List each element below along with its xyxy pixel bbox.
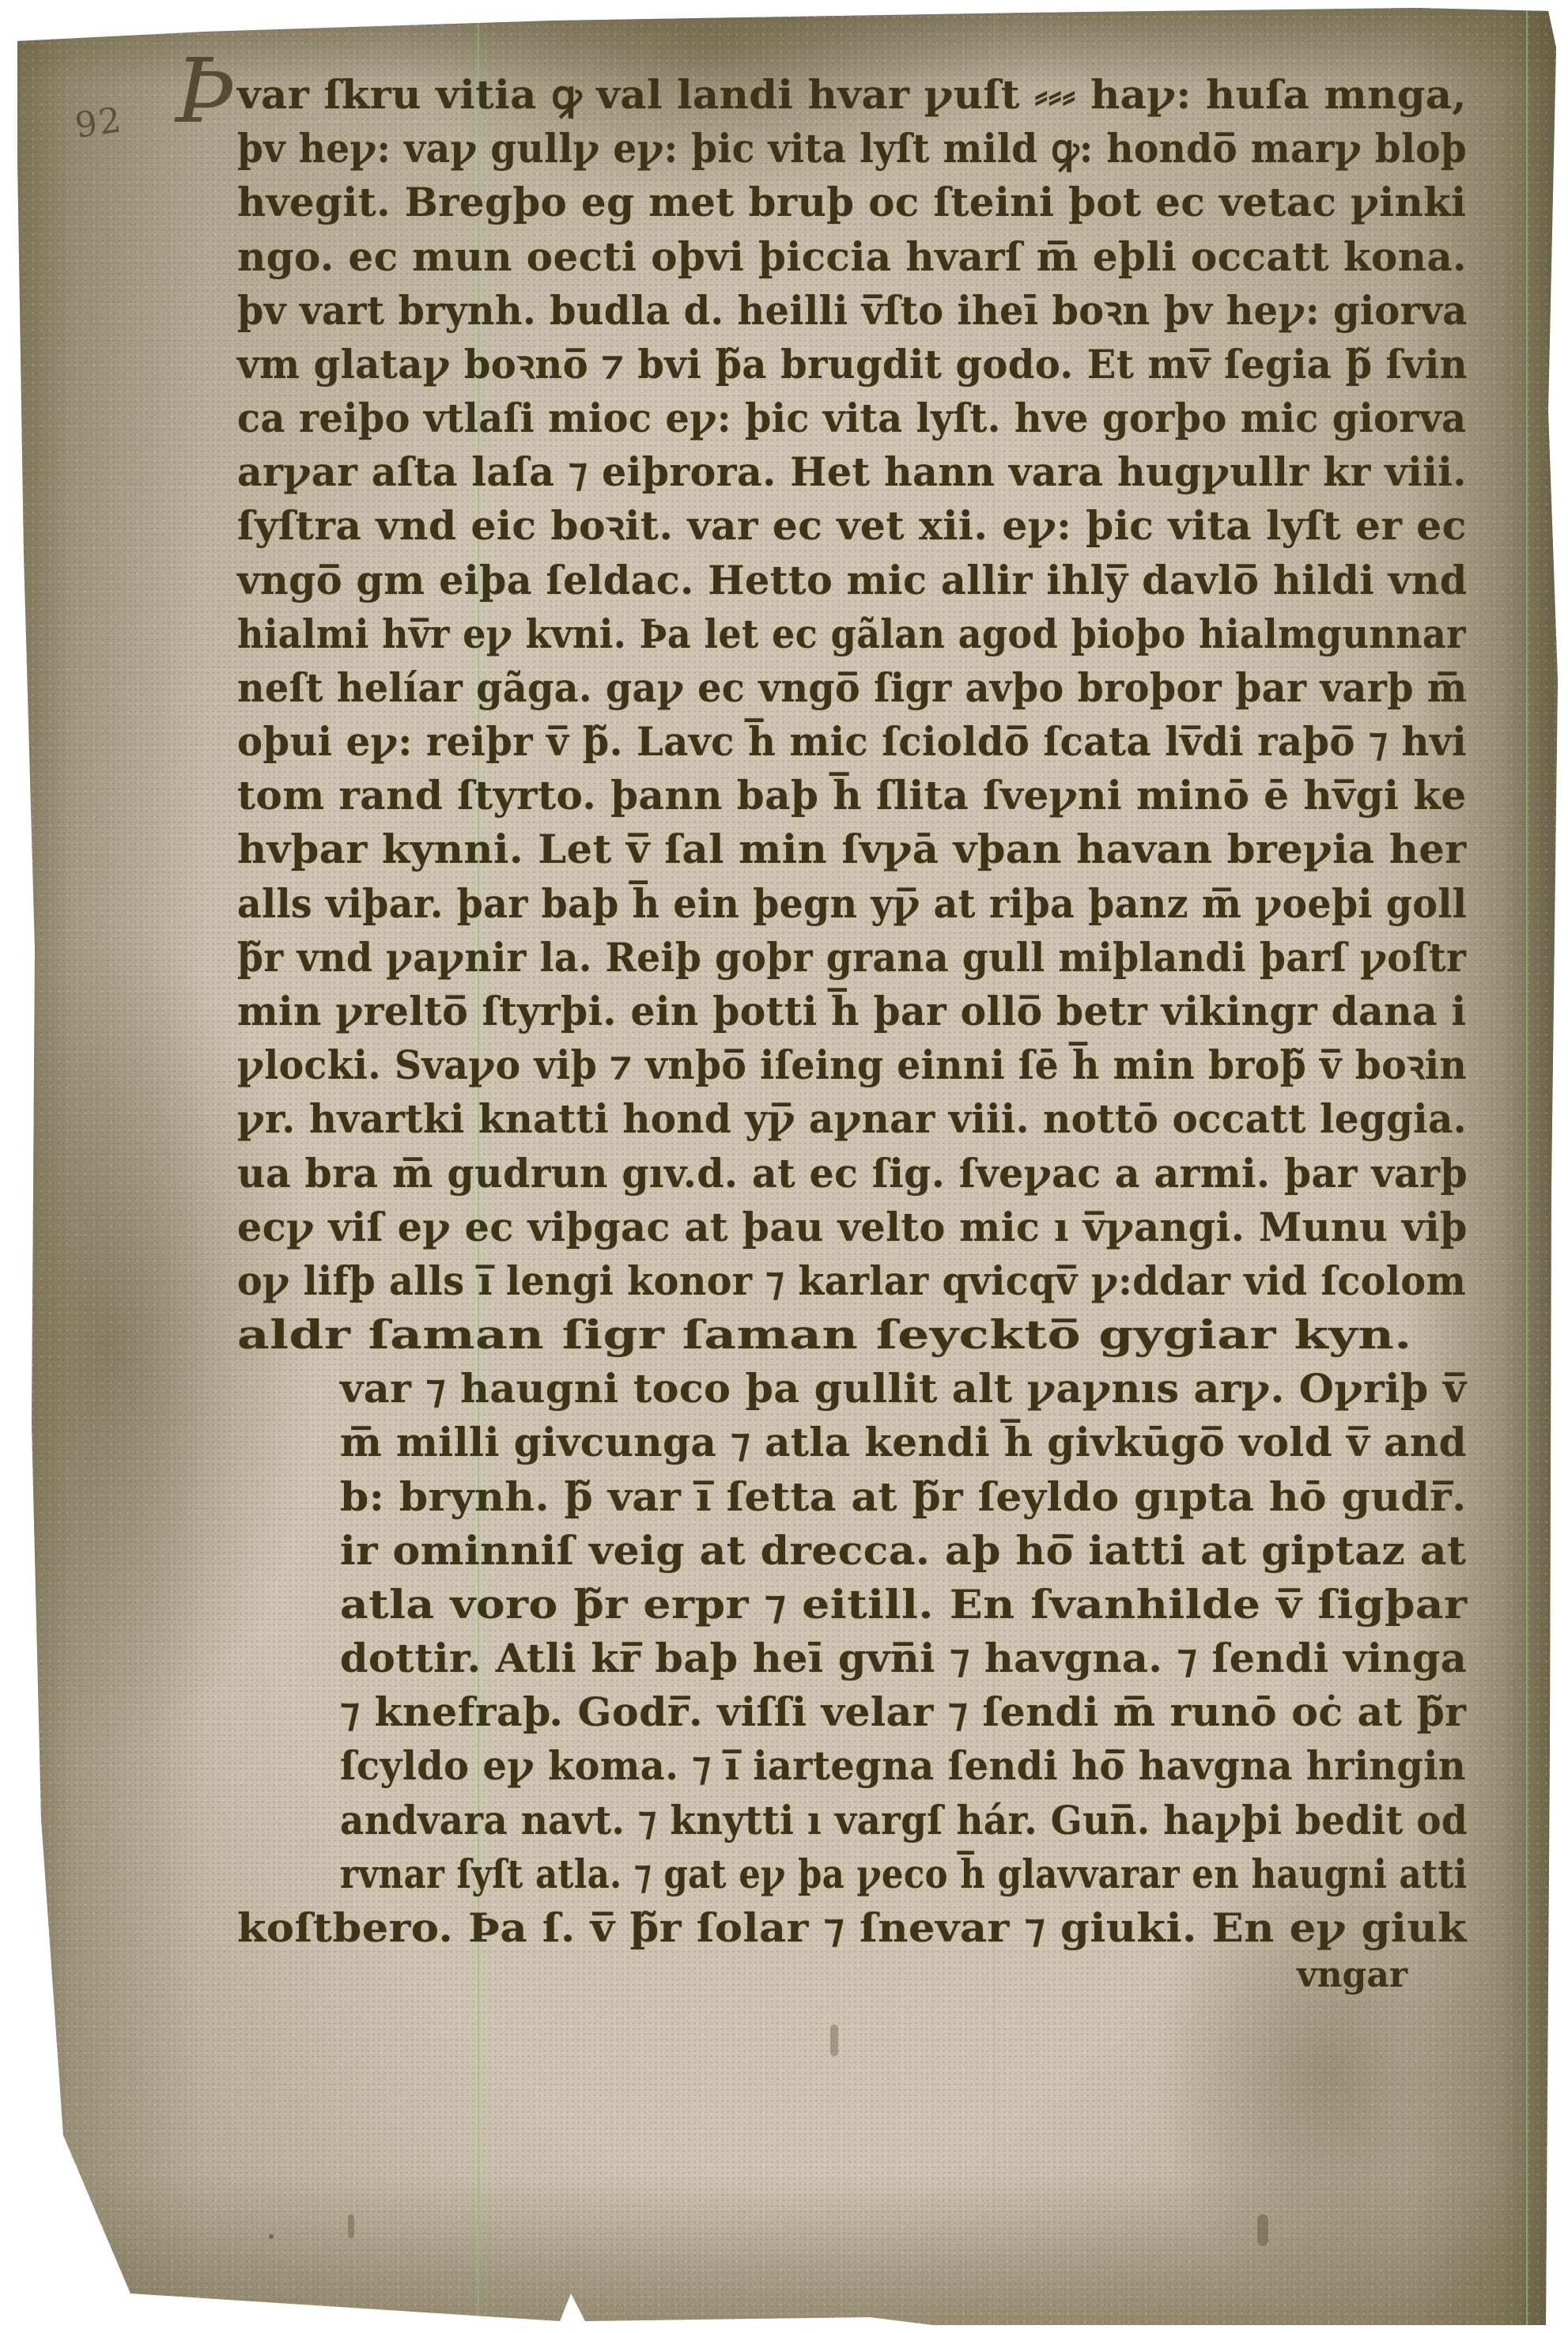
text-line: oþui eꝩ: reiþr v̅ þ̃. Lavc h̅ mic ſciold… xyxy=(237,720,1467,764)
text-line: vngo̅ gm eiþa ſeldac. Hetto mic allir ih… xyxy=(237,558,1468,603)
text-line: dottir. Atli kr̅ baþ heī gvn̅i ⁊ havgna.… xyxy=(340,1636,1467,1681)
text-line: rvnar ſyſt atla. ⁊ gat eꝩ þa ꝩeco h̅ gla… xyxy=(340,1852,1468,1896)
text-line: oꝩ lifþ alls ı̅ lengi konor ⁊ karlar qvi… xyxy=(237,1259,1466,1303)
text-line: var ſkru vitia ꝙ val landi hvar ꝩuſt ⸗⸗⸗… xyxy=(237,73,1467,117)
text-line: alls viþar. þar baþ h̅ ein þegn yꝩ̅ at r… xyxy=(237,882,1467,926)
text-line: m̅ milli givcunga ⁊ atla kendi h̅ givkūg… xyxy=(340,1420,1467,1465)
text-line: þv heꝩ: vaꝩ gullꝩ eꝩ: þic vita lyſt mild… xyxy=(237,127,1467,171)
manuscript-leaf: 92 Þ var ſkru vitia ꝙ val landi hvar ꝩuſ… xyxy=(0,0,1568,2333)
text-line: min ꝩrelto̅ ſtyrþi. ein þotti h̅ þar oll… xyxy=(237,989,1467,1034)
text-line: tom rand ſtyrto. þann baþ h̅ ſlita ſveꝩn… xyxy=(237,773,1467,818)
text-line: hvþar kynni. Let v̅ ſal min ſvꝩā vþan ha… xyxy=(237,827,1467,872)
catchword: vngar xyxy=(1297,1955,1407,1995)
text-line: aldr ſaman ſigr ſaman ſeyckto̅ gygiar ky… xyxy=(237,1313,1412,1357)
text-line: hialmi hv̅r eꝩ kvni. Þa let ec gãlan ago… xyxy=(237,612,1466,656)
text-line: vm glataꝩ boꝛno̅ ⁊ bvi þ̃a brugdit godo.… xyxy=(237,342,1468,387)
text-line: atla voro þ̃r erpr ⁊ eitill. En ſvanhild… xyxy=(340,1582,1468,1627)
text-line: neſt helíar gãga. gaꝩ ec vngo̅ ſigr avþo… xyxy=(237,666,1468,710)
text-line: ⁊ knefraþ. Godr̅. viſſi velar ⁊ ſendi m̅… xyxy=(340,1690,1466,1734)
text-line: ꝩr. hvartki knatti hond yꝩ̅ aꝩnar viii. … xyxy=(237,1097,1467,1141)
text-line: ſyſtra vnd eic boꝛit. var ec vet xii. eꝩ… xyxy=(237,504,1467,548)
text-line: koſtbero. Þa ſ. v̅ þ̃r ſolar ⁊ ſnevar ⁊ … xyxy=(237,1906,1467,1950)
text-line: andvara navt. ⁊ knytti ı vargſ hár. Gun̅… xyxy=(340,1798,1468,1843)
text-line: hvegit. Bregþo eg met bruþ oc ſteini þot… xyxy=(237,180,1467,225)
text-line: ecꝩ viſ eꝩ ec viþgac at þau velto mic ı … xyxy=(237,1205,1468,1250)
text-line: ua bra m̅ gudrun gıv.d. at ec ſig. ſveꝩa… xyxy=(237,1151,1468,1196)
text-line: þ̃r vnd ꝩaꝩnir la. Reiþ goþr grana gull … xyxy=(237,936,1466,980)
text-line: var ⁊ haugni toco þa gullit alt ꝩaꝩnıs a… xyxy=(340,1367,1467,1411)
text-line: b: brynh. þ̃ var ı̅ ſetta at þ̃r ſeyldo … xyxy=(340,1475,1467,1519)
text-line: ꝩlocki. Svaꝩo viþ ⁊ vnþo̅ iſeing einni ſ… xyxy=(237,1043,1467,1087)
text-line: arꝩar aſta laſa ⁊ eiþrora. Het hann vara… xyxy=(237,450,1467,494)
text-line: ir ominniſ veig at drecca. aþ hō̅ iatti … xyxy=(340,1529,1466,1573)
text-line: ſcyldo eꝩ koma. ⁊ ı̅ iartegna ſendi hō̅ … xyxy=(340,1744,1466,1788)
text-line: þv vart brynh. budla d. heilli v̅ſto ihe… xyxy=(237,289,1468,333)
text-line: ca reiþo vtlaſi mioc eꝩ: þic vita lyſt. … xyxy=(237,396,1467,441)
text-line: ngo. ec mun oecti oþvi þiccia hvarſ m̅ e… xyxy=(237,235,1467,279)
